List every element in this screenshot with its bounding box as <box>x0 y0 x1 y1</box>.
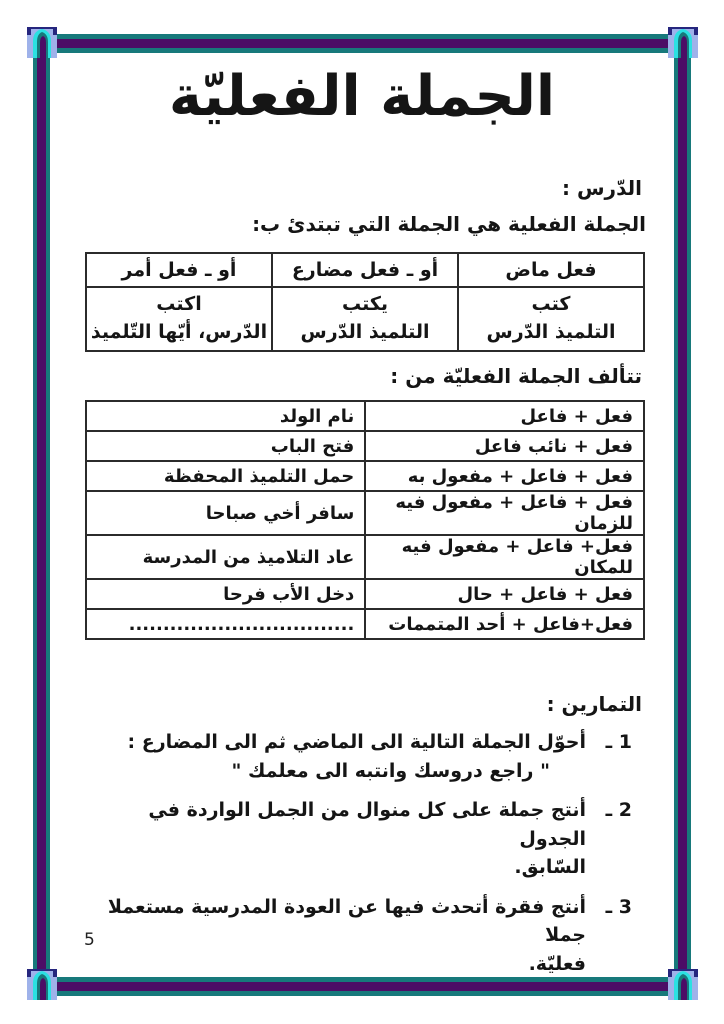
exercise-item: 3 ـ أنتج فقرة أتحدث فيها عن العودة المدر… <box>84 893 632 979</box>
composition-heading: تتألف الجملة الفعليّة من : <box>390 364 642 388</box>
example-cell: دخل الأب فرحا <box>86 579 365 609</box>
exercise-number: 1 ـ <box>586 728 632 785</box>
corner-ornament-icon <box>27 969 57 1000</box>
composition-table: فعل + فاعل نام الولد فعل + نائب فاعل فتح… <box>85 400 645 640</box>
example-cell: ................................. <box>86 609 365 639</box>
formula-cell: فعل + نائب فاعل <box>365 431 644 461</box>
table-row: فعل + فاعل + مفعول فيه للزمان سافر أخي ص… <box>86 491 644 535</box>
exercise-body: أنتج جملة على كل منوال من الجمل الواردة … <box>84 796 586 882</box>
cell-line: التلميذ الدّرس <box>460 319 642 347</box>
exercise-body: أنتج فقرة أتحدث فيها عن العودة المدرسية … <box>84 893 586 979</box>
exercise-number: 3 ـ <box>586 893 632 979</box>
table-header-cell: فعل ماض <box>458 253 644 287</box>
verb-types-table: فعل ماض أو ـ فعل مضارع أو ـ فعل أمر كتب … <box>85 252 645 352</box>
example-cell: عاد التلاميذ من المدرسة <box>86 535 365 579</box>
lesson-heading: الدّرس : <box>562 176 642 200</box>
formula-cell: فعل+فاعل + أحد المتممات <box>365 609 644 639</box>
exercise-text-line: أنتج فقرة أتحدث فيها عن العودة المدرسية … <box>84 893 586 950</box>
cell-line: كتب <box>460 291 642 319</box>
formula-cell: فعل + فاعل + مفعول به <box>365 461 644 491</box>
exercises-heading: التمارين : <box>547 692 642 716</box>
cell-line: الدّرس، أيّها التّلميذ <box>88 319 270 347</box>
table-header-row: فعل ماض أو ـ فعل مضارع أو ـ فعل أمر <box>86 253 644 287</box>
table-row: فعل+فاعل + أحد المتممات ................… <box>86 609 644 639</box>
example-cell: حمل التلميذ المحفظة <box>86 461 365 491</box>
table-header-cell: أو ـ فعل مضارع <box>272 253 458 287</box>
page-title: الجملة الفعليّة <box>0 64 724 129</box>
exercise-text-line: فعليّة. <box>84 950 586 979</box>
formula-cell: فعل + فاعل + حال <box>365 579 644 609</box>
page-border-top <box>40 34 684 53</box>
table-row: فعل+ فاعل + مفعول فيه للمكان عاد التلامي… <box>86 535 644 579</box>
page-border-right <box>674 42 691 986</box>
cell-line: يكتب <box>274 291 456 319</box>
cell-line: التلميذ الدّرس <box>274 319 456 347</box>
page-border-left <box>33 42 50 986</box>
table-cell: اكتب الدّرس، أيّها التّلميذ <box>86 287 272 351</box>
example-cell: فتح الباب <box>86 431 365 461</box>
corner-ornament-icon <box>27 27 57 58</box>
page-number: 5 <box>84 930 95 950</box>
exercise-text-line: أنتج جملة على كل منوال من الجمل الواردة … <box>84 796 586 853</box>
table-row: فعل + فاعل نام الولد <box>86 401 644 431</box>
exercise-item: 2 ـ أنتج جملة على كل منوال من الجمل الوا… <box>84 796 632 882</box>
table-header-cell: أو ـ فعل أمر <box>86 253 272 287</box>
example-cell: نام الولد <box>86 401 365 431</box>
exercise-quote: " راجع دروسك وانتبه الى معلمك " <box>84 757 586 786</box>
formula-cell: فعل+ فاعل + مفعول فيه للمكان <box>365 535 644 579</box>
exercise-number: 2 ـ <box>586 796 632 882</box>
exercise-body: أحوّل الجملة التالية الى الماضي ثم الى ا… <box>84 728 586 785</box>
corner-ornament-icon <box>668 27 698 58</box>
corner-ornament-icon <box>668 969 698 1000</box>
formula-cell: فعل + فاعل <box>365 401 644 431</box>
lesson-intro: الجملة الفعلية هي الجملة التي تبتدئ ب: <box>252 212 646 236</box>
table-row: فعل + نائب فاعل فتح الباب <box>86 431 644 461</box>
table-row: فعل + فاعل + حال دخل الأب فرحا <box>86 579 644 609</box>
formula-cell: فعل + فاعل + مفعول فيه للزمان <box>365 491 644 535</box>
document-page: { "page": { "title": "الجملة الفعليّة", … <box>0 0 724 1024</box>
exercises-list: 1 ـ أحوّل الجملة التالية الى الماضي ثم ا… <box>84 728 632 989</box>
example-cell: سافر أخي صباحا <box>86 491 365 535</box>
cell-line: اكتب <box>88 291 270 319</box>
table-row: فعل + فاعل + مفعول به حمل التلميذ المحفظ… <box>86 461 644 491</box>
table-cell: كتب التلميذ الدّرس <box>458 287 644 351</box>
table-row: كتب التلميذ الدّرس يكتب التلميذ الدّرس ا… <box>86 287 644 351</box>
exercise-item: 1 ـ أحوّل الجملة التالية الى الماضي ثم ا… <box>84 728 632 785</box>
exercise-text-line: أحوّل الجملة التالية الى الماضي ثم الى ا… <box>84 728 586 757</box>
exercise-text-line: السّابق. <box>84 853 586 882</box>
table-cell: يكتب التلميذ الدّرس <box>272 287 458 351</box>
